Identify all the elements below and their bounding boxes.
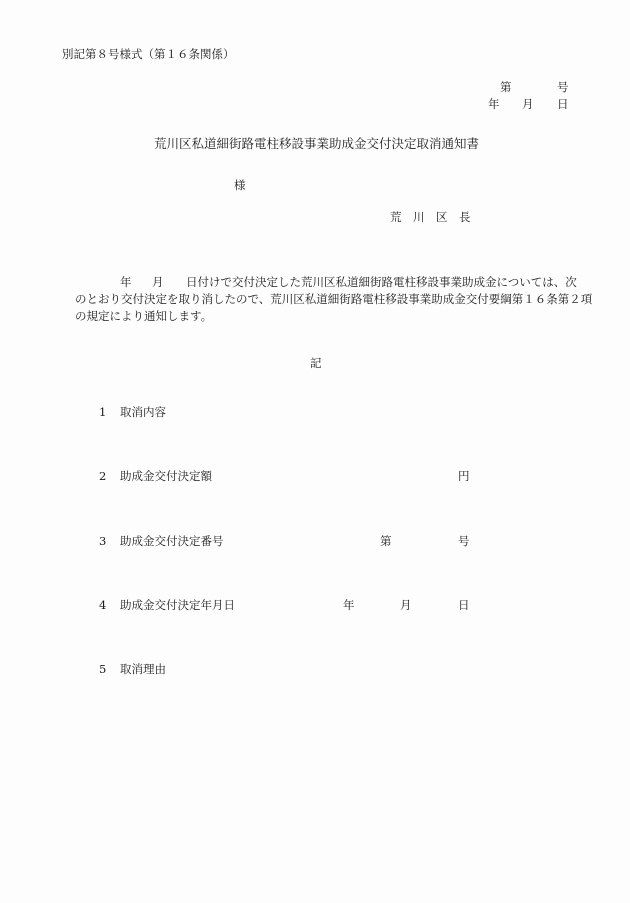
number-prefix: 第 — [500, 80, 512, 94]
date-day: 日 — [557, 97, 569, 111]
item-number: 3 — [99, 534, 106, 548]
item-number: 2 — [99, 469, 106, 483]
body-line1: 日付けで交付決定した荒川区私道細街路電柱移設事業助成金については、次 — [186, 275, 577, 289]
item-number: 5 — [99, 662, 106, 676]
item-label: 助成金交付決定番号 — [120, 534, 224, 548]
sender: 荒 川 区 長 — [390, 210, 471, 224]
body-month: 月 — [152, 275, 164, 289]
item-label: 取消内容 — [120, 405, 166, 419]
body-line3: の規定により通知します。 — [75, 309, 212, 323]
document-title: 荒川区私道細街路電柱移設事業助成金交付決定取消通知書 — [154, 137, 479, 151]
item-label: 助成金交付決定年月日 — [120, 598, 235, 612]
item-label: 助成金交付決定額 — [120, 469, 212, 483]
number-prefix: 第 — [380, 534, 392, 548]
body-line2: のとおり交付決定を取り消したので、荒川区私道細街路電柱移設事業助成金交付要綱第１… — [75, 292, 592, 306]
item-number: 4 — [99, 598, 106, 612]
date-year: 年 — [488, 97, 500, 111]
form-label: 別記第８号様式（第１６条関係） — [62, 47, 235, 61]
number-suffix: 号 — [557, 80, 569, 94]
date-month: 月 — [522, 97, 534, 111]
amount-unit: 円 — [458, 469, 470, 483]
item-label: 取消理由 — [120, 662, 166, 676]
item-number: 1 — [99, 405, 106, 419]
recipient-suffix: 様 — [234, 178, 246, 192]
body-year: 年 — [120, 275, 132, 289]
number-suffix: 号 — [458, 534, 470, 548]
date-month: 月 — [400, 598, 412, 612]
date-day: 日 — [458, 598, 470, 612]
ki-heading: 記 — [310, 356, 322, 370]
date-year: 年 — [343, 598, 355, 612]
